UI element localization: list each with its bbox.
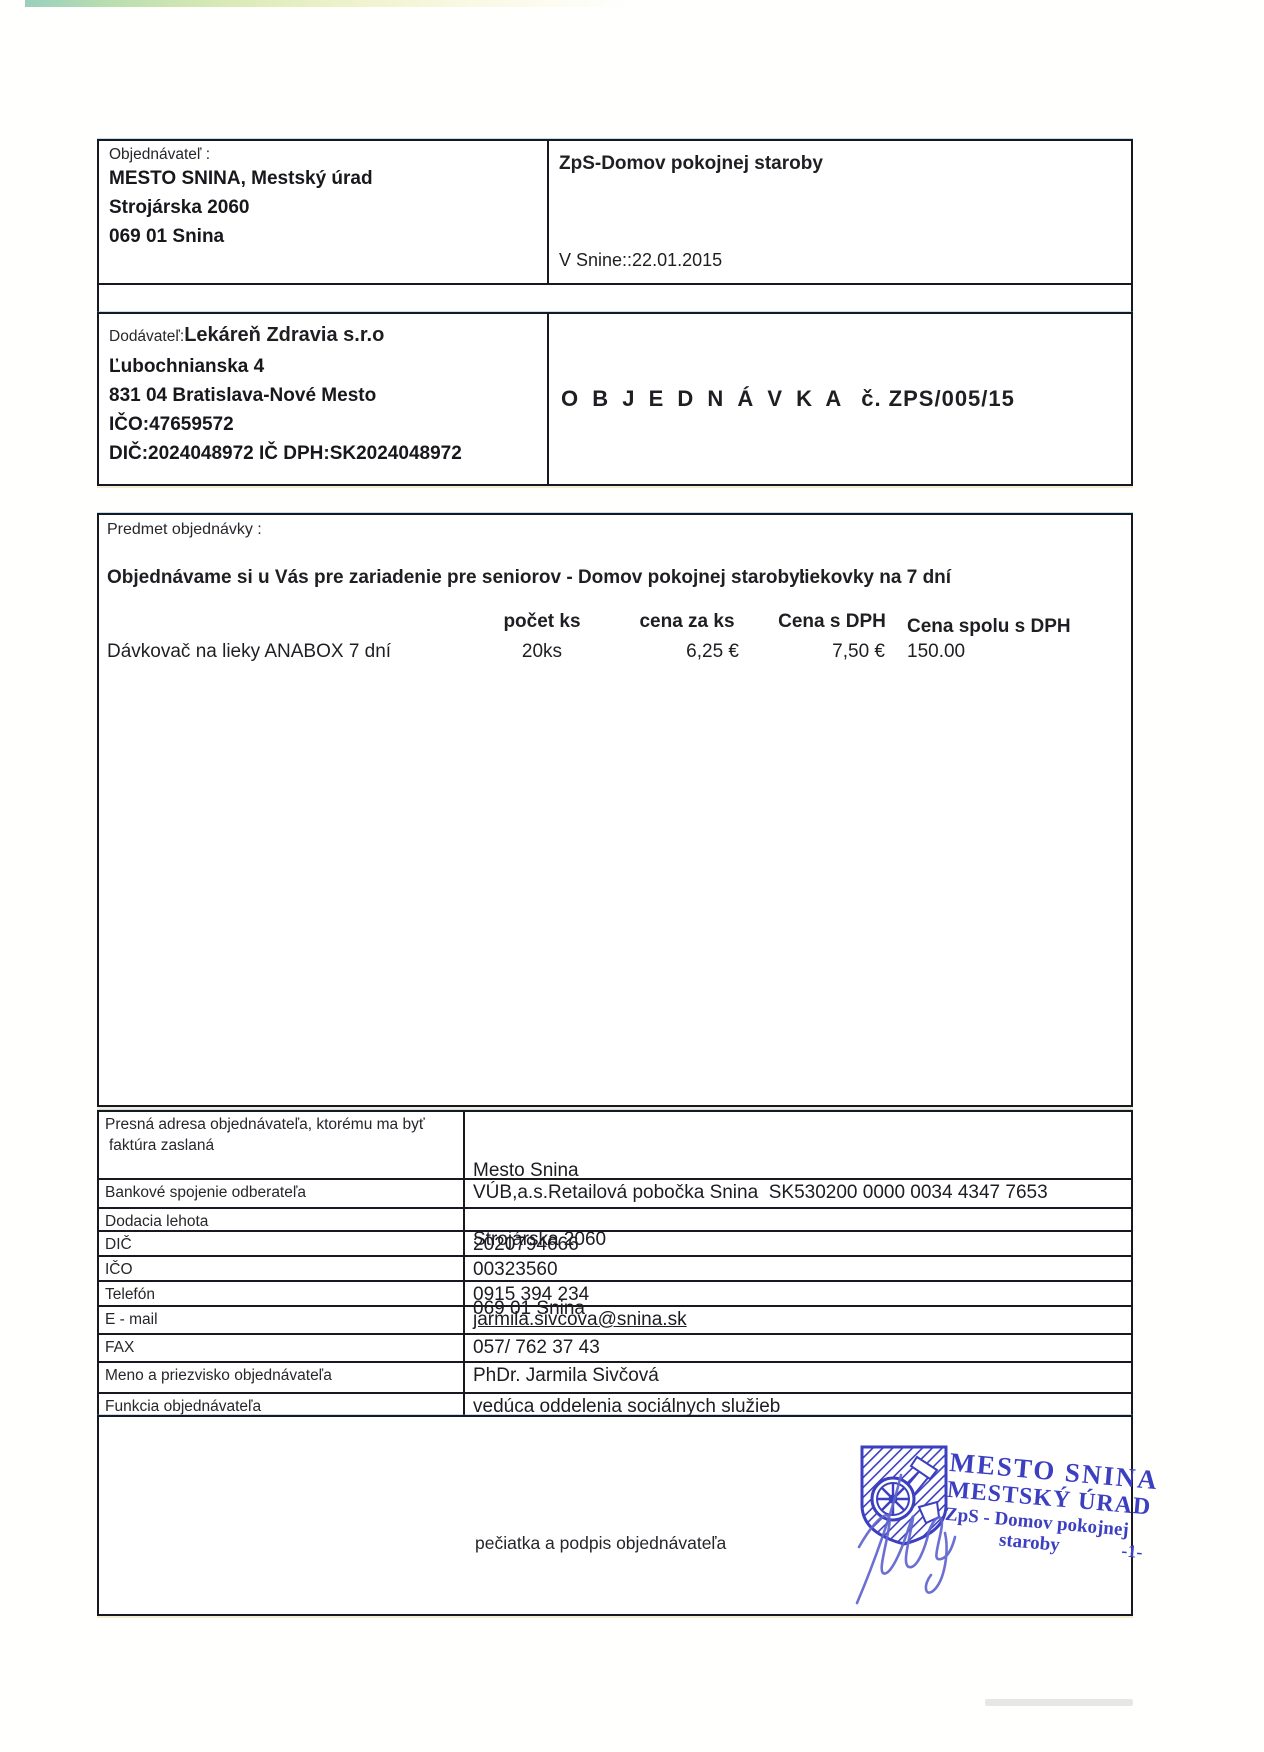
table-row-phone: Telefón 0915 394 234 bbox=[99, 1282, 1131, 1307]
row-label: DIČ bbox=[99, 1232, 465, 1255]
signature bbox=[839, 1461, 1039, 1613]
item-name: Dávkovač na lieky ANABOX 7 dní bbox=[99, 641, 467, 663]
footer-box: pečiatka a podpis objednávateľa bbox=[97, 1415, 1133, 1616]
row-value: VÚB,a.s.Retailová pobočka Snina SK530200… bbox=[465, 1180, 1131, 1207]
items-table: počet ks cena za ks Cena s DPH Cena spol… bbox=[99, 611, 1131, 663]
row-label: FAX bbox=[99, 1335, 465, 1361]
supplier-box: Dodávateľ:Lekáreň Zdravia s.r.o Ľubochni… bbox=[97, 312, 1133, 486]
subject-intro: Objednávame si u Vás pre zariadenie pre … bbox=[107, 567, 806, 589]
stamp-caption: pečiatka a podpis objednávateľa bbox=[475, 1533, 726, 1554]
supplier-info: Dodávateľ:Lekáreň Zdravia s.r.o Ľubochni… bbox=[109, 320, 462, 468]
table-row-bank: Bankové spojenie odberateľa VÚB,a.s.Reta… bbox=[99, 1180, 1131, 1209]
table-row-orderer-name: Meno a priezvisko objednávateľa PhDr. Ja… bbox=[99, 1363, 1131, 1394]
orderer-name: MESTO SNINA, Mestský úrad bbox=[109, 164, 373, 193]
details-table: Presná adresa objednávateľa, ktorému ma … bbox=[97, 1110, 1133, 1415]
supplier-city: 831 04 Bratislava-Nové Mesto bbox=[109, 381, 462, 410]
item-total: 150.00 bbox=[907, 641, 1131, 663]
row-value: PhDr. Jarmila Sivčová bbox=[465, 1363, 1131, 1392]
row-value: Mesto Snina Strojárska 2060 069 01 Snina bbox=[465, 1112, 1131, 1178]
orderer-info: Objednávateľ : MESTO SNINA, Mestský úrad… bbox=[109, 146, 373, 251]
supplier-street: Ľubochnianska 4 bbox=[109, 352, 462, 381]
separator-strip bbox=[97, 285, 1133, 312]
row-label: Telefón bbox=[99, 1282, 465, 1305]
supplier-label: Dodávateľ: bbox=[109, 328, 184, 345]
table-row-email: E - mail jarmila.sivcova@snina.sk bbox=[99, 1307, 1131, 1335]
invoice-address-line1: Mesto Snina bbox=[473, 1159, 1123, 1182]
row-label: Dodacia lehota bbox=[99, 1209, 465, 1230]
col-header-qty: počet ks bbox=[467, 611, 617, 633]
table-row-delivery-term: Dodacia lehota bbox=[99, 1209, 1131, 1232]
col-header-price-vat: Cena s DPH bbox=[757, 611, 907, 633]
col-spacer bbox=[99, 611, 467, 633]
row-value: 057/ 762 37 43 bbox=[465, 1335, 1131, 1361]
orderer-city: 069 01 Snina bbox=[109, 222, 373, 251]
stamp-page-number: -1- bbox=[1121, 1541, 1144, 1564]
scan-artifact-bottom bbox=[985, 1699, 1133, 1706]
row-label: Bankové spojenie odberateľa bbox=[99, 1180, 465, 1207]
order-heading: O B J E D N Á V K A č. ZPS/005/15 bbox=[549, 314, 1131, 484]
subject-box: Predmet objednávky : Objednávame si u Vá… bbox=[97, 513, 1133, 1107]
item-unit-price: 6,25 € bbox=[617, 641, 757, 663]
item-quantity: 20ks bbox=[467, 641, 617, 663]
orderer-label: Objednávateľ : bbox=[109, 146, 373, 164]
orderer-box-divider bbox=[547, 141, 549, 283]
item-price-with-vat: 7,50 € bbox=[757, 641, 907, 663]
supplier-dic: DIČ:2024048972 IČ DPH:SK2024048972 bbox=[109, 439, 462, 468]
scanned-order-document: Objednávateľ : MESTO SNINA, Mestský úrad… bbox=[0, 0, 1264, 1752]
row-label: IČO bbox=[99, 1257, 465, 1280]
supplier-ico: IČO:47659572 bbox=[109, 410, 462, 439]
orderer-box: Objednávateľ : MESTO SNINA, Mestský úrad… bbox=[97, 139, 1133, 285]
table-row-ico: IČO 00323560 bbox=[99, 1257, 1131, 1282]
row-label: E - mail bbox=[99, 1307, 465, 1333]
order-number: č. ZPS/005/15 bbox=[861, 386, 1015, 412]
row-label: Meno a priezvisko objednávateľa bbox=[99, 1363, 465, 1392]
row-value: 00323560 bbox=[465, 1257, 1131, 1280]
orderer-street: Strojárska 2060 bbox=[109, 193, 373, 222]
email-value: jarmila.sivcova@snina.sk bbox=[465, 1307, 1131, 1333]
row-label: Presná adresa objednávateľa, ktorému ma … bbox=[99, 1112, 465, 1178]
row-value: 2020794666 bbox=[465, 1232, 1131, 1255]
table-row-dic: DIČ 2020794666 bbox=[99, 1232, 1131, 1257]
table-row-invoice-address: Presná adresa objednávateľa, ktorému ma … bbox=[99, 1112, 1131, 1180]
recipient-org: ZpS-Domov pokojnej staroby bbox=[559, 153, 823, 175]
row-label-line1: Presná adresa objednávateľa, ktorému ma … bbox=[105, 1114, 457, 1135]
subject-intro-note: liekovky na 7 dní bbox=[799, 567, 951, 589]
table-row-fax: FAX 057/ 762 37 43 bbox=[99, 1335, 1131, 1363]
col-header-unit-price: cena za ks bbox=[617, 611, 757, 633]
order-title: O B J E D N Á V K A bbox=[561, 386, 845, 412]
supplier-name: Lekáreň Zdravia s.r.o bbox=[184, 324, 384, 346]
subject-label: Predmet objednávky : bbox=[107, 521, 262, 539]
col-header-total: Cena spolu s DPH bbox=[907, 616, 1131, 638]
row-value bbox=[465, 1209, 1131, 1230]
row-value: 0915 394 234 bbox=[465, 1282, 1131, 1305]
place-date: V Snine::22.01.2015 bbox=[559, 250, 722, 271]
scan-artifact-top bbox=[25, 0, 640, 7]
row-label-line2: faktúra zaslaná bbox=[105, 1135, 457, 1156]
